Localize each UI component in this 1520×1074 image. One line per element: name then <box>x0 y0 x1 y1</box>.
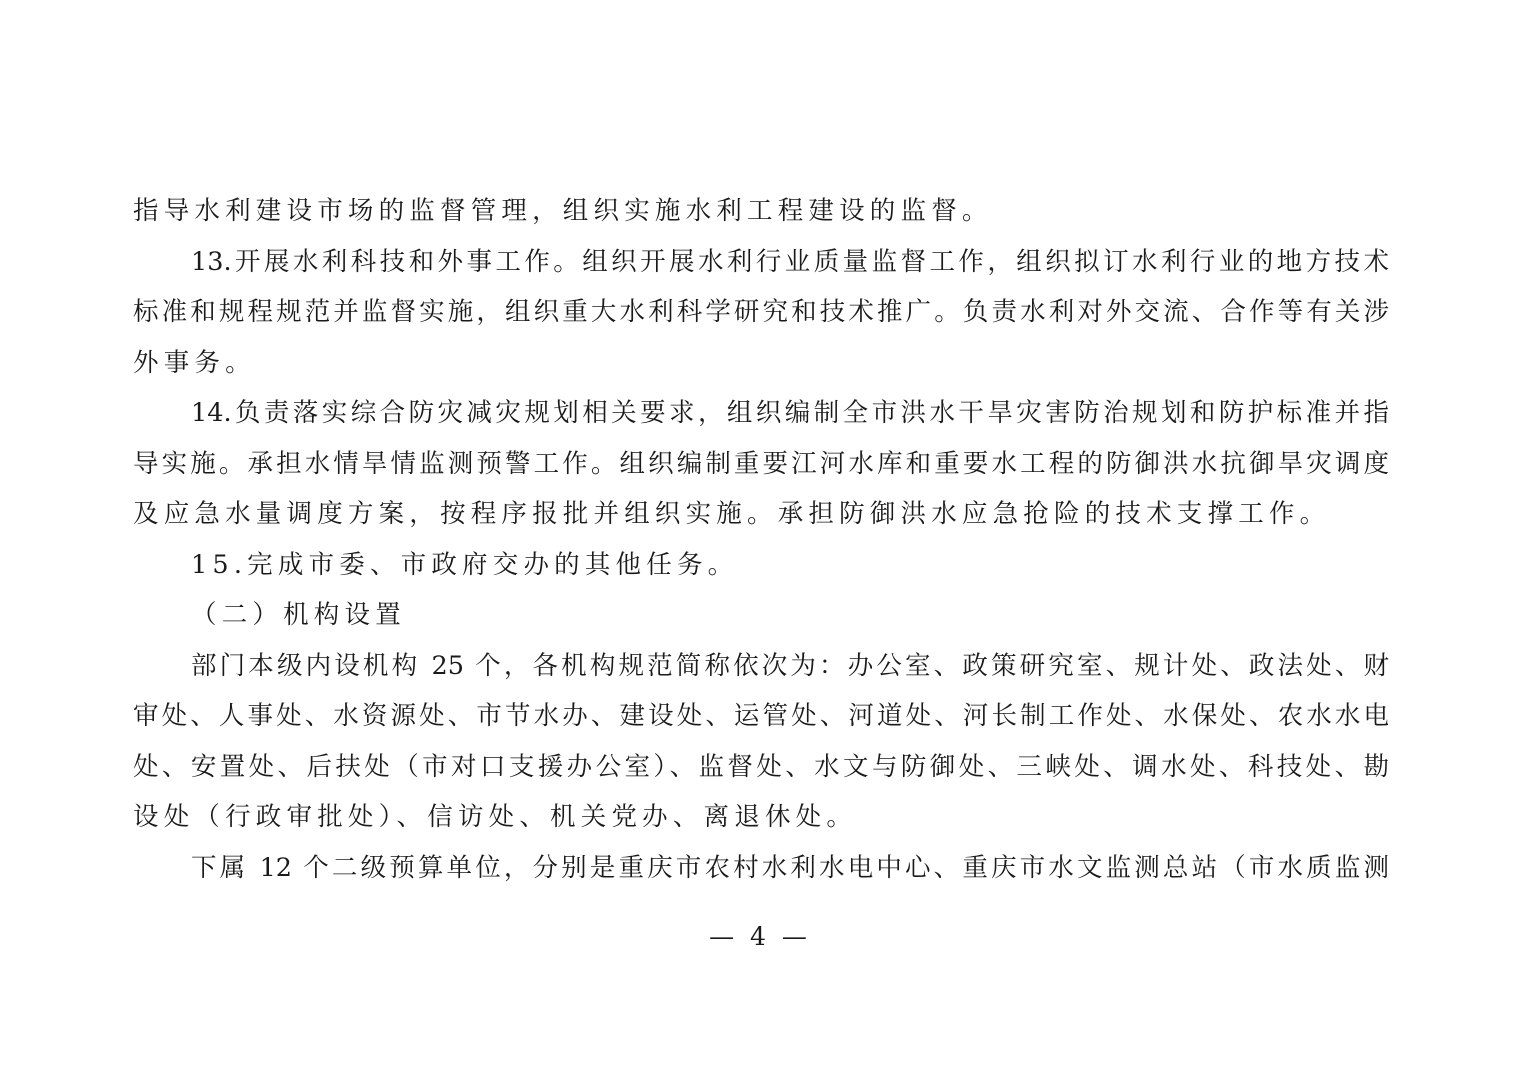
paragraph-line: 设处（行政审批处）、信访处、机关党办、离退休处。 <box>133 792 1389 843</box>
paragraph-line-item-14: 14.负责落实综合防灾减灾规划相关要求，组织编制全市洪水干旱灾害防治规划和防护标… <box>133 388 1389 439</box>
paragraph-line: 指导水利建设市场的监督管理，组织实施水利工程建设的监督。 <box>133 186 1389 237</box>
document-body: 指导水利建设市场的监督管理，组织实施水利工程建设的监督。 13.开展水利科技和外… <box>133 186 1389 893</box>
paragraph-line: 导实施。承担水情旱情监测预警工作。组织编制重要江河水库和重要水工程的防御洪水抗御… <box>133 439 1389 490</box>
paragraph-line: 部门本级内设机构 25 个，各机构规范简称依次为：办公室、政策研究室、规计处、政… <box>133 641 1389 692</box>
paragraph-line: 及应急水量调度方案，按程序报批并组织实施。承担防御洪水应急抢险的技术支撑工作。 <box>133 489 1389 540</box>
section-heading-org-structure: （二）机构设置 <box>133 590 1389 641</box>
paragraph-line-item-13: 13.开展水利科技和外事工作。组织开展水利行业质量监督工作，组织拟订水利行业的地… <box>133 237 1389 288</box>
paragraph-line: 外事务。 <box>133 338 1389 389</box>
paragraph-line-item-15: 15.完成市委、市政府交办的其他任务。 <box>133 540 1389 591</box>
page-number: — 4 — <box>0 922 1520 951</box>
paragraph-line: 下属 12 个二级预算单位，分别是重庆市农村水利水电中心、重庆市水文监测总站（市… <box>133 843 1389 894</box>
paragraph-line: 处、安置处、后扶处（市对口支援办公室）、监督处、水文与防御处、三峡处、调水处、科… <box>133 742 1389 793</box>
paragraph-line: 审处、人事处、水资源处、市节水办、建设处、运管处、河道处、河长制工作处、水保处、… <box>133 691 1389 742</box>
paragraph-line: 标准和规程规范并监督实施，组织重大水利科学研究和技术推广。负责水利对外交流、合作… <box>133 287 1389 338</box>
